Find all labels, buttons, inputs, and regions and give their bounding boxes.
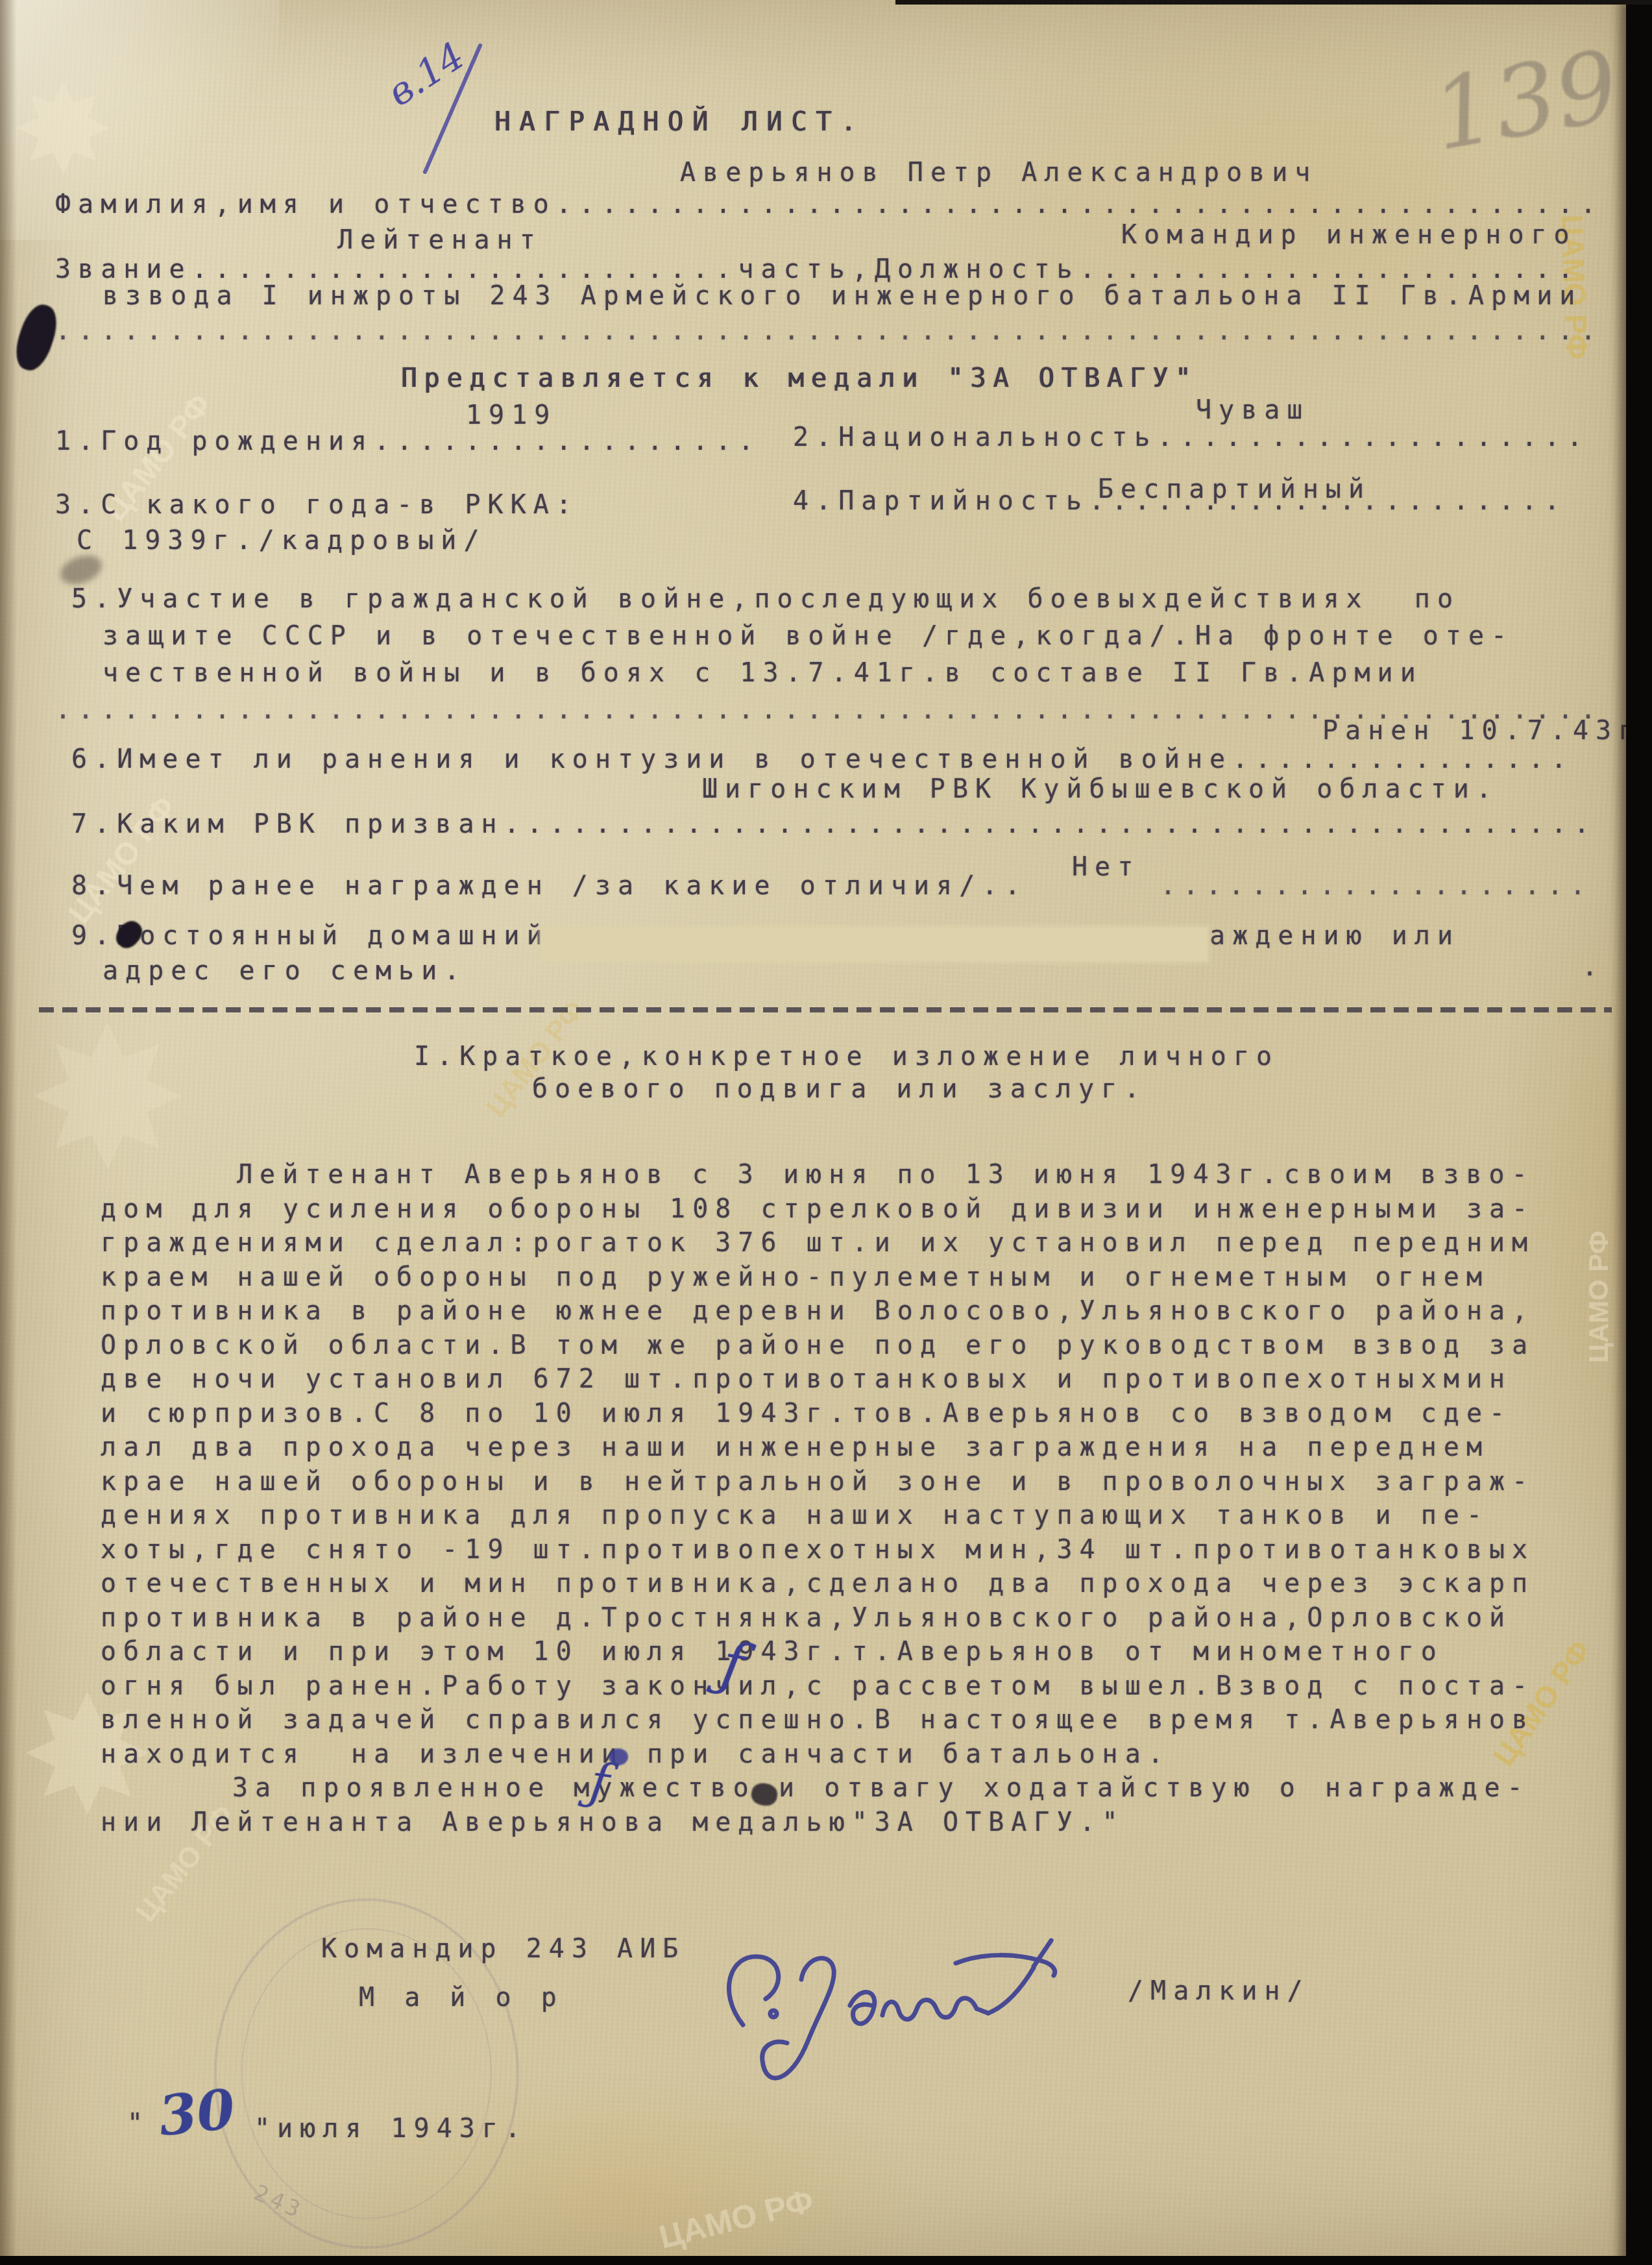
field-rank-value: Лейтенант <box>337 227 542 253</box>
field-rkka-label: 3.С какого года-в РККА: <box>55 492 579 518</box>
field-name-value: Аверьянов Петр Александрович <box>680 160 1317 186</box>
signature-surname: /Малкин/ <box>1128 1978 1310 2004</box>
narrative-line: За проявленное мужество и отвагу ходатай… <box>232 1775 1530 1801</box>
field-birth-year-label: 1.Год рождения................. <box>55 428 761 454</box>
field-name-label: Фамилия,имя и отчество..................… <box>55 191 1603 217</box>
narrative-line: дом для усиления обороны 108 стрелковой … <box>101 1196 1535 1222</box>
field-address-period: . <box>1582 954 1605 980</box>
scan-edge-right <box>1626 0 1652 2265</box>
field-birth-year-value: 1919 <box>466 402 557 428</box>
field-rank-label: Звание........................часть,Долж… <box>55 256 1581 282</box>
narrative-line: крае нашей обороны и в нейтральной зоне … <box>101 1469 1535 1495</box>
field-war-participation-line2: защите СССР и в отечественной войне /где… <box>103 623 1514 649</box>
field-nationality-value: Чуваш <box>1196 397 1309 423</box>
signature-commander-line: Командир 243 АИБ <box>321 1936 685 1962</box>
section-heading-line1: I.Краткое,конкретное изложение личного <box>414 1044 1279 1070</box>
date-quote-open: " <box>127 2111 150 2136</box>
narrative-line: дениях противника для пропуска наших нас… <box>101 1502 1489 1528</box>
field-wounds-value: Ранен 10.7.43г <box>1322 718 1641 744</box>
field-rvk-label: 7.Каким РВК призван.....................… <box>71 811 1597 837</box>
narrative-line: огня был ранен.Работу закончил,с рассвет… <box>101 1673 1535 1699</box>
narrative-line: нии Лейтенанта Аверьянова медалью"ЗА ОТВ… <box>101 1809 1125 1835</box>
field-rvk-value: Шигонским РВК Куйбышевской области. <box>702 776 1499 802</box>
date-line: "июля 1943г. <box>254 2116 528 2142</box>
document-page: ✸ ЦАМО РФ ЦАМО РФ ✸ ✸ ЦАМО РФ ЦАМО РФ ЦА… <box>0 0 1652 2265</box>
narrative-line: отечественных и мин противника,сделано д… <box>101 1571 1535 1597</box>
narrative-line: граждениями сделал:рогаток 376 шт.и их у… <box>101 1230 1535 1256</box>
narrative-line: области и при этом 10 июля 1943г.т.Аверь… <box>101 1639 1444 1665</box>
scan-edge-bottom <box>0 2256 1652 2265</box>
section-heading-line2: боевого подвига или заслуг. <box>532 1076 1147 1102</box>
dotted-line: ................... <box>1160 873 1593 899</box>
narrative-line: две ночи установил 672 шт.противотанковы… <box>101 1366 1512 1392</box>
field-war-participation-line1: 5.Участие в гражданской войне,последующи… <box>71 586 1460 612</box>
scan-edge-top <box>895 0 1652 5</box>
narrative-line: Лейтенант Аверьянов с 3 июня по 13 июня … <box>237 1162 1535 1188</box>
narrative-line: и сюрпризов.С 8 по 10 июля 1943г.тов.Аве… <box>101 1401 1512 1426</box>
field-prior-awards-label: 8.Чем ранее награжден /за какие отличия/… <box>71 873 1027 899</box>
redaction-box <box>542 928 1207 961</box>
dotted-line: ........................................… <box>55 318 1603 344</box>
field-war-participation-line3: чественной войны и в боях с 13.7.41г.в с… <box>103 660 1423 686</box>
field-address-line2: адрес его семьи. <box>103 958 467 984</box>
narrative-line: Орловской области.В том же районе под ег… <box>101 1332 1535 1358</box>
medal-line: Представляется к медали "ЗА ОТВАГУ" <box>401 365 1198 391</box>
narrative-line: краем нашей обороны под ружейно-пулеметн… <box>101 1264 1489 1290</box>
narrative-line: вленной задачей справился успешно.В наст… <box>101 1707 1535 1733</box>
field-wounds-label: 6.Имеет ли ранения и контузии в отечеств… <box>71 746 1573 772</box>
scan-edge-left <box>0 0 17 2265</box>
narrative-line: противника в районе южнее деревни Волосо… <box>101 1298 1535 1324</box>
field-rkka-value: С 1939г./кадровый/ <box>77 528 486 554</box>
narrative-line: лал два прохода через наши инженерные за… <box>101 1434 1489 1460</box>
field-nationality-label: 2.Национальность................... <box>793 424 1590 450</box>
handwritten-signature <box>698 1902 1113 2122</box>
field-unit-line: взвода I инжроты 243 Армейского инженерн… <box>103 283 1582 309</box>
field-position-value: Командир инженерного <box>1121 222 1577 248</box>
page-title: НАГРАДНОЙ ЛИСТ. <box>494 109 865 135</box>
field-prior-awards-value: Нет <box>1072 854 1140 880</box>
narrative-line: находится на излечении при санчасти бата… <box>101 1741 1171 1767</box>
dashed-divider <box>39 1007 1612 1012</box>
narrative-line: противника в районе д.Тростнянка,Ульянов… <box>101 1605 1512 1631</box>
signature-rank-line: М а й о р <box>359 1985 564 2011</box>
handwritten-date-day: 30 <box>156 2077 238 2149</box>
field-party-value: Беспартийный <box>1098 476 1371 502</box>
stamp-inner-ring <box>241 1928 492 2219</box>
ink-note-slash <box>363 39 506 182</box>
narrative-line: хоты,где снято -19 шт.противопехотных ми… <box>101 1537 1535 1563</box>
